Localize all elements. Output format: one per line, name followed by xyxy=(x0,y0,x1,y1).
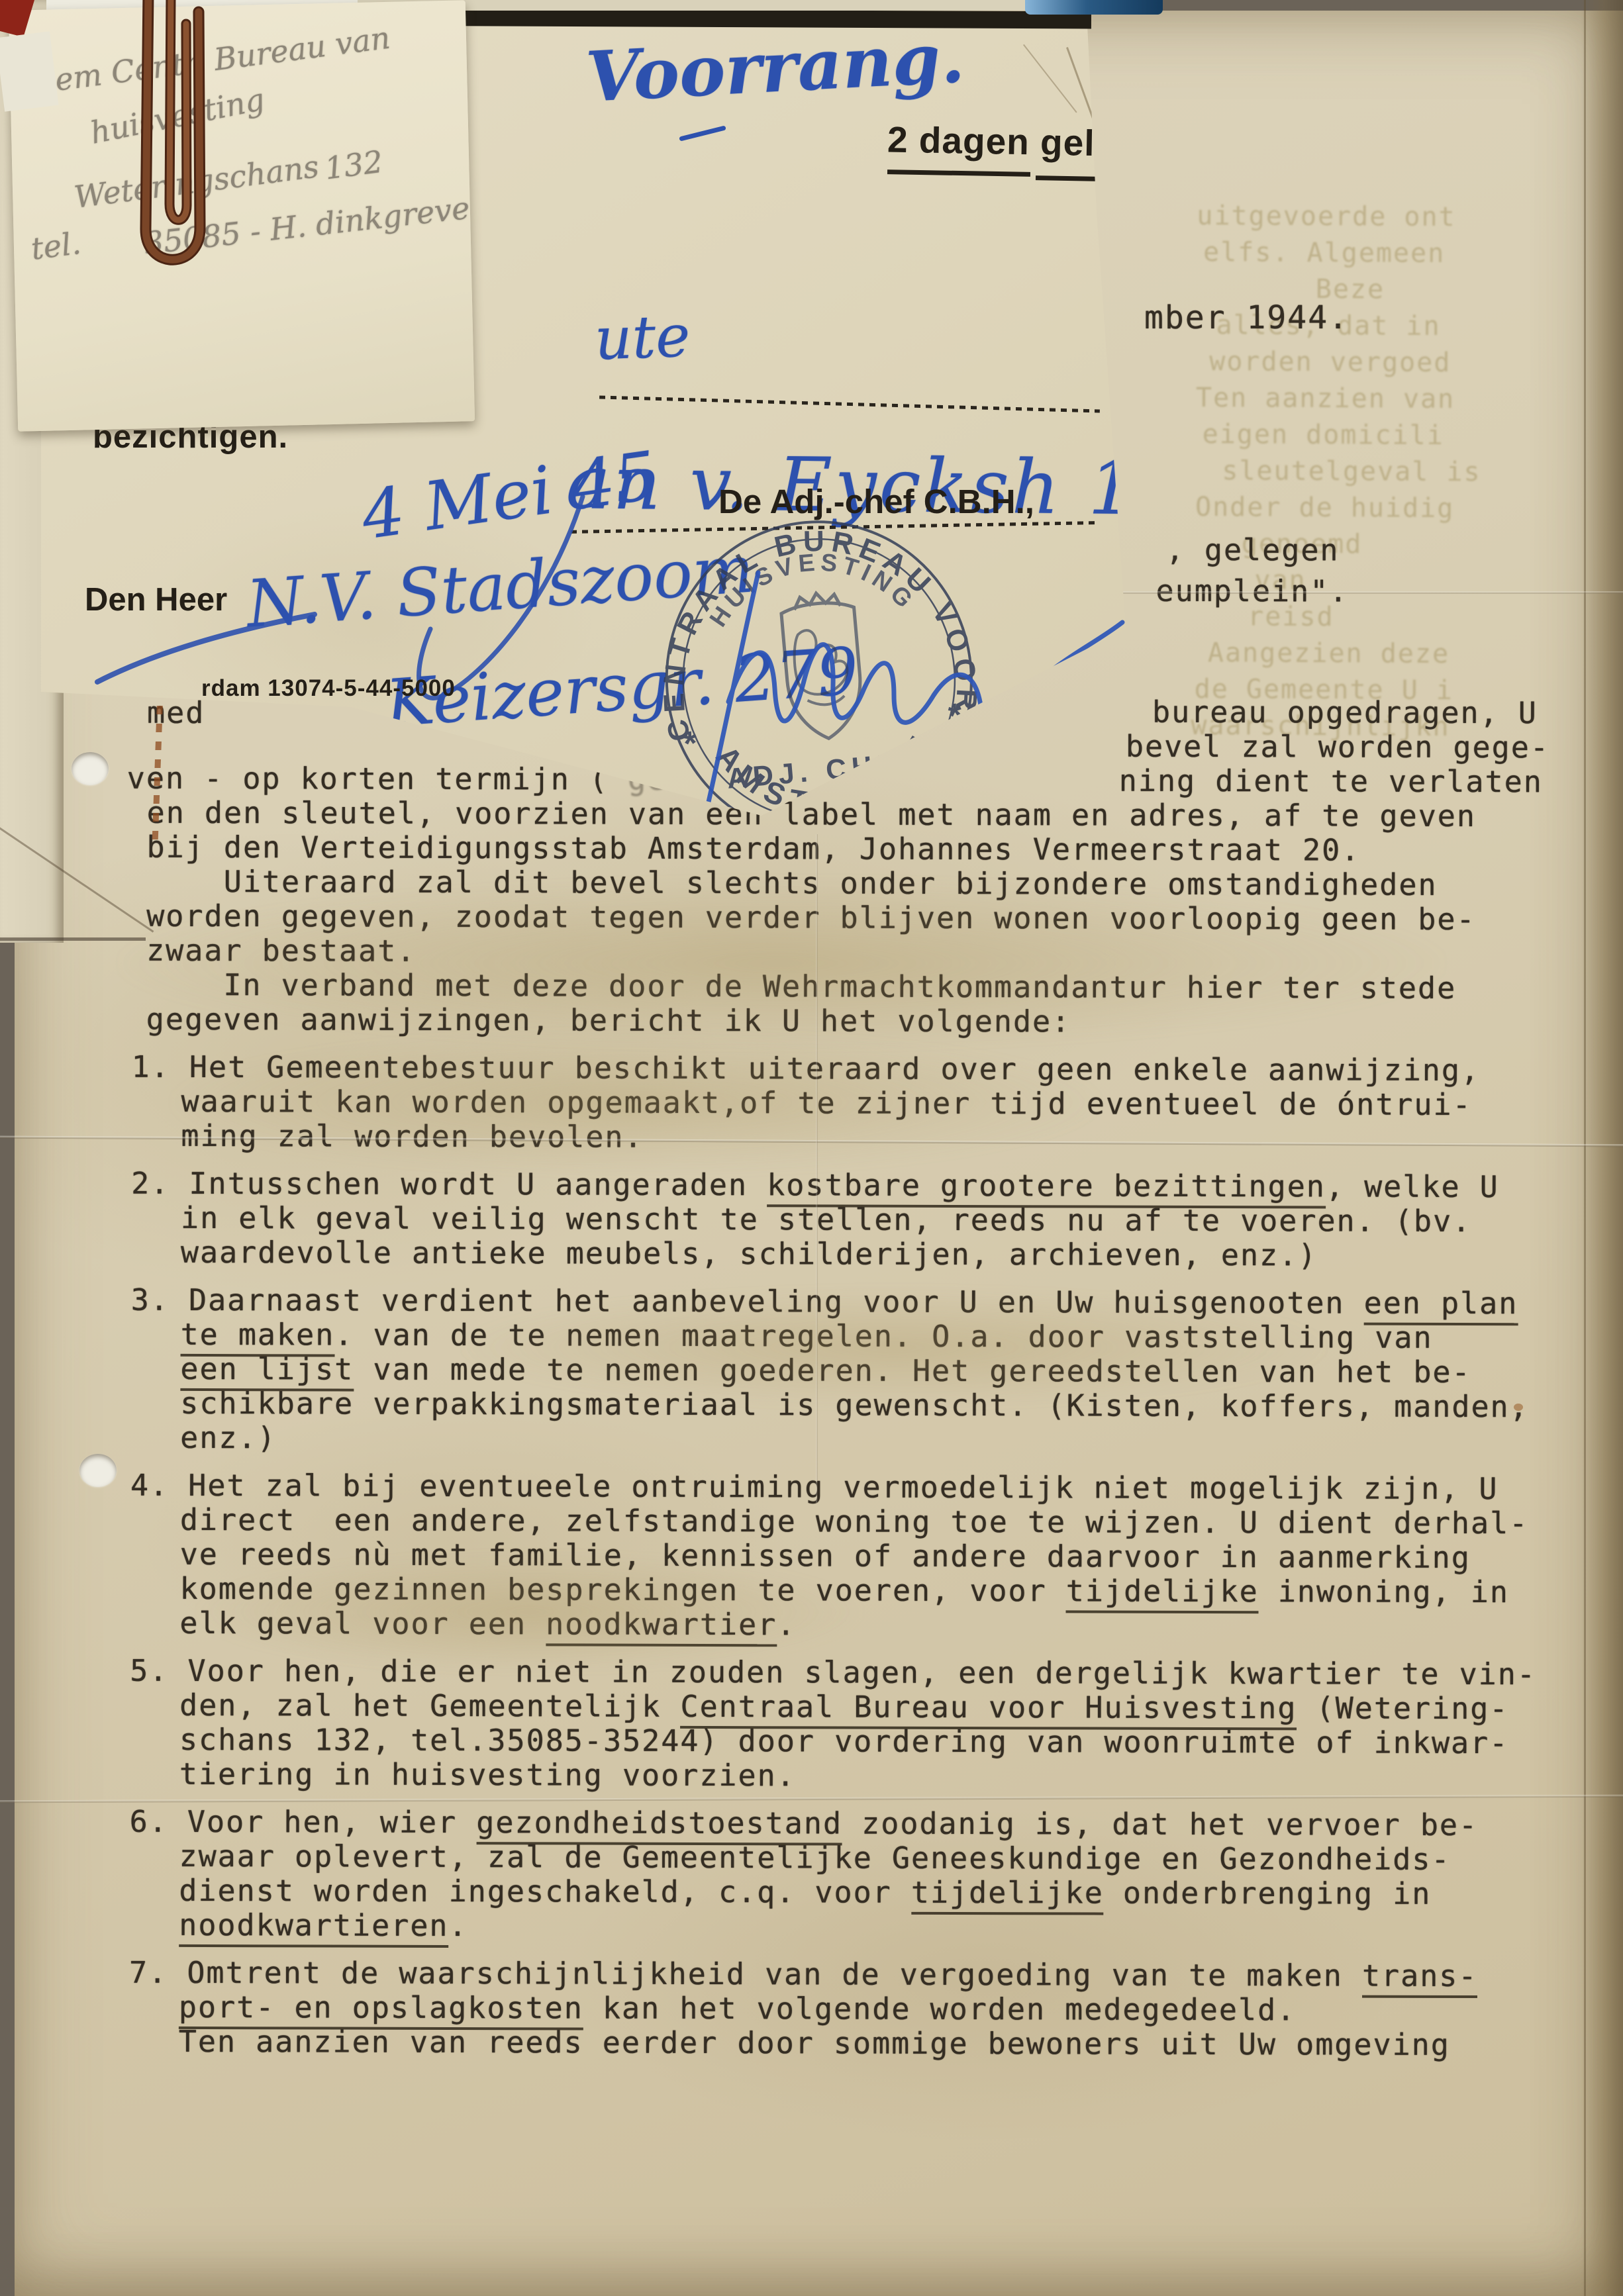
typewriter-line: 7. Omtrent de waarschijnlijkheid van de … xyxy=(129,1955,1478,1993)
typewriter-line: enz.) xyxy=(180,1420,277,1455)
typewriter-line: den, zal het Gemeentelijk Centraal Burea… xyxy=(179,1688,1509,1726)
validity-underline xyxy=(887,169,1030,177)
typewriter-line: Ten aanzien van reeds eerder door sommig… xyxy=(179,2024,1450,2062)
priority-dash xyxy=(679,125,726,141)
pencil-note-line: 132 xyxy=(322,144,385,187)
typewriter-line: bureau opgedragen, U xyxy=(1152,694,1538,731)
top-blue-object xyxy=(1025,0,1163,15)
form-print-code: rdam 13074-5-44-5000 xyxy=(201,675,456,702)
typewriter-line: dienst worden ingeschakeld, c.q. voor ti… xyxy=(179,1873,1431,1911)
typewriter-line: zwaar oplevert, zal de Gemeentelijke Gen… xyxy=(179,1839,1450,1877)
typewriter-line: schans 132, tel.35085-35244) door vorder… xyxy=(179,1722,1509,1760)
punch-hole xyxy=(72,752,109,785)
stain-blob xyxy=(464,1291,1324,1404)
stain-blob xyxy=(199,1556,861,1668)
pencil-note: Gem Centr. Bureau vanhuisvestingWetering… xyxy=(9,0,475,431)
typewriter-line: 6. Voor hen, wier gezondheidstoestand zo… xyxy=(130,1804,1479,1842)
backing-sheet-bottom-edge xyxy=(0,937,146,941)
priority-handwriting: Voorrang. xyxy=(584,17,966,118)
corner-paper-bit xyxy=(0,31,59,111)
stain-blob xyxy=(172,1033,1099,1172)
typewriter-line: port- en opslagkosten kan het volgende w… xyxy=(179,1989,1297,2027)
typewriter-line: direct een andere, zelfstandige woning t… xyxy=(180,1502,1529,1541)
rust-spot xyxy=(1514,1404,1523,1411)
typewriter-line: tiering in huisvesting voorzien. xyxy=(179,1756,796,1793)
fold-crease xyxy=(1119,591,1623,594)
pencil-note-line: tel. xyxy=(29,225,83,267)
scanned-document-page: uitgevoerde ontelfs. AlgemeenBezealles, … xyxy=(0,0,1623,2296)
form-dotted-line xyxy=(599,395,1100,412)
typewriter-line: bij den Verteidigungsstab Amsterdam, Joh… xyxy=(146,830,1360,868)
typewriter-line: 4. Het zal bij eventueele ontruiming ver… xyxy=(130,1468,1499,1506)
typewriter-line: en den sleutel, voorzien van een label m… xyxy=(147,795,1477,834)
validity-underline xyxy=(1036,175,1099,181)
typewriter-line: noodkwartieren. xyxy=(179,1907,468,1943)
typewriter-line: waardevolle antieke meubels, schilderije… xyxy=(181,1235,1318,1272)
typewriter-line: in elk geval veilig wenscht te stellen, … xyxy=(181,1200,1471,1239)
stain-blob xyxy=(119,881,1444,1046)
note-card: Gem Centr. Bureau vanhuisvestingWetering… xyxy=(9,0,475,431)
typewriter-line: bevel zal worden gege- xyxy=(1126,729,1549,765)
typewriter-line: ning dient te verlaten xyxy=(1119,763,1543,800)
handwritten-fragment: ute xyxy=(593,302,691,373)
fold-crease-vertical xyxy=(816,834,818,1503)
punch-hole xyxy=(79,1454,117,1487)
paperclip-icon xyxy=(126,0,232,310)
typewriter-line: , gelegen xyxy=(1166,532,1340,568)
